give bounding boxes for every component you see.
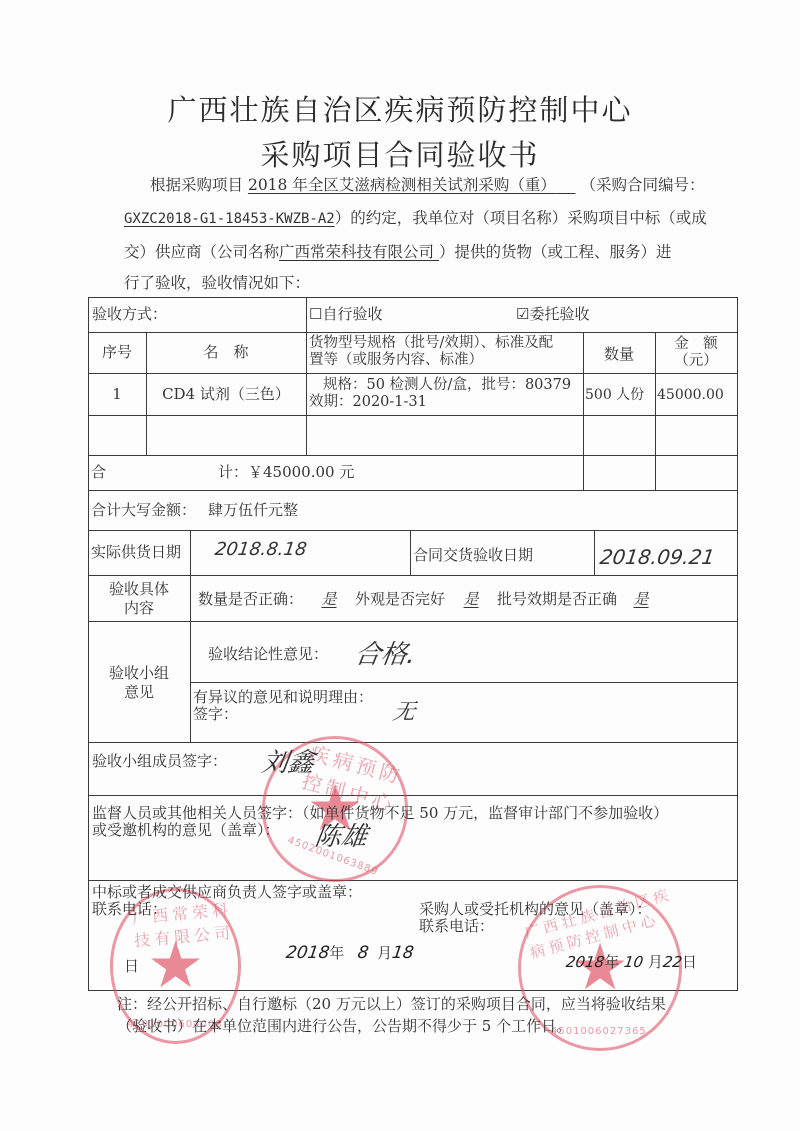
month-char: 月: [648, 953, 663, 971]
appearance-check-label: 外观是否完好: [355, 590, 445, 608]
month-char: 月: [377, 944, 392, 962]
purchaser-date: 2018年 10 月22日: [566, 953, 697, 972]
header-amount-line: （元）: [655, 353, 737, 370]
sign-label: 签字：: [193, 706, 373, 723]
purchaser-date-day: 22: [662, 953, 684, 972]
year-char: 年: [329, 944, 344, 962]
project-name: 2018 年全区艾滋病检测相关试剂采购（重）: [248, 176, 556, 194]
intro-line-3: 交）供应商（公司名称广西常荣科技有限公司 ）提供的货物（或工程、服务）进: [124, 241, 671, 263]
batch-check-label: 批号效期是否正确: [497, 590, 617, 608]
objection-value: 无: [391, 700, 417, 726]
header-spec: 货物型号规格（批号/效期）、标准及配 置等（或服务内容、标准）: [309, 335, 553, 369]
total-label: 合: [91, 463, 106, 482]
footnote-line-1: 注：经公开招标、自行邀标（20 万元以上）签订的采购项目合同，应当将验收结果: [117, 993, 666, 1015]
quantity-check-value: 是: [303, 590, 355, 609]
row-name: CD4 试剂（三色）: [146, 385, 306, 404]
row-seq: 1: [88, 385, 146, 404]
footnote-line-2: （验收书）在本单位范围内进行公告，公告期不得少于 5 个工作日。: [117, 1015, 571, 1037]
contract-number: GXZC2018-G1-18453-KWZB-A2: [124, 211, 335, 227]
acceptance-method-label: 验收方式：: [92, 305, 167, 324]
quantity-check: 数量是否正确：是外观是否完好是批号效期是否正确是: [198, 590, 665, 609]
purchaser-phone-label: 联系电话：: [419, 918, 652, 935]
supervisor-signature: 陈雄: [313, 822, 369, 852]
intro-text: （采购合同编号：: [580, 176, 704, 194]
intro-line-2: GXZC2018-G1-18453-KWZB-A2）的约定，我单位对（项目名称）…: [124, 207, 707, 230]
row-amount: 45000.00: [657, 386, 724, 405]
header-spec-line: 置等（或服务内容、标准）: [309, 352, 553, 369]
batch-check-value: 是: [617, 590, 665, 609]
row-qty: 500 人份: [585, 386, 644, 405]
intro-text: 交）供应商（公司名称: [124, 243, 279, 261]
purchaser-sign-label: 采购人或受托机构的意见（盖章）： 联系电话：: [419, 901, 652, 935]
appearance-check-value: 是: [445, 590, 497, 609]
checkbox-checked-icon[interactable]: ☑: [516, 305, 529, 323]
header-qty: 数量: [583, 345, 655, 364]
content-label: 验收具体 内容: [88, 580, 190, 618]
header-spec-line: 货物型号规格（批号/效期）、标准及配: [309, 335, 553, 352]
group-opinion-label-line: 验收小组: [88, 664, 190, 683]
content-label-line: 内容: [88, 599, 190, 618]
supplier-date-day: 18: [391, 944, 415, 963]
supplier-sign-label-line: 中标或者成交供应商负责人签字或盖章：: [92, 884, 362, 901]
uppercase-total-label: 合计大写金额：: [91, 501, 196, 520]
total-value: 计：￥45000.00 元: [218, 463, 354, 482]
header-name: 名 称: [146, 343, 306, 362]
actual-delivery-date-label: 实际供货日期: [91, 543, 181, 562]
intro-text: ）提供的货物（或工程、服务）进: [439, 243, 672, 261]
stamp-star-icon: ★: [147, 934, 204, 998]
header-amount: 金 额 （元）: [655, 336, 737, 370]
supplier-phone-label: 联系电话：: [92, 901, 362, 918]
supplier-date-year: 2018: [285, 944, 331, 963]
option-entrusted-acceptance[interactable]: ☑委托验收: [516, 305, 589, 324]
supervisor-label-line: 监督人员或其他相关人员签字：（如单件货物不足 50 万元，监督审计部门不参加验收…: [92, 805, 668, 822]
members-signature: 刘鑫: [260, 748, 316, 778]
supervisor-label: 监督人员或其他相关人员签字：（如单件货物不足 50 万元，监督审计部门不参加验收…: [92, 805, 668, 839]
intro-text: ）的约定，我单位对（项目名称）采购项目中标（或成: [335, 209, 707, 227]
purchaser-date-month: 10: [623, 953, 645, 972]
checkbox-unchecked-icon[interactable]: ☐: [309, 305, 322, 323]
group-opinion-label-line: 意见: [88, 683, 190, 702]
quantity-check-label: 数量是否正确：: [198, 590, 303, 608]
purchaser-sign-label-line: 采购人或受托机构的意见（盖章）：: [419, 901, 652, 918]
row-spec-line: 效期：2020-1-31: [309, 394, 571, 411]
option-label: 委托验收: [529, 305, 589, 323]
group-opinion-label: 验收小组 意见: [88, 664, 190, 702]
document-title: 采购项目合同验收书: [0, 133, 800, 174]
conclusion-label: 验收结论性意见：: [208, 645, 328, 664]
purchaser-date-year: 2018: [565, 953, 606, 972]
year-char: 年: [604, 953, 619, 971]
intro-line-4: 行了验收，验收情况如下：: [124, 272, 310, 294]
intro-line-1: 根据采购项目 2018 年全区艾滋病检测相关试剂采购（重） （采购合同编号：: [150, 174, 705, 196]
header-seq: 序号: [88, 343, 146, 362]
supplier-name: 广西常荣科技有限公司: [279, 243, 434, 261]
content-label-line: 验收具体: [88, 580, 190, 599]
day-label: 日: [124, 957, 139, 976]
conclusion-value: 合格.: [353, 640, 417, 670]
row-spec: 规格：50 检测人份/盒，批号：80379 效期：2020-1-31: [309, 377, 571, 411]
actual-delivery-date-value: 2018.8.18: [214, 540, 308, 559]
row-spec-line: 规格：50 检测人份/盒，批号：80379: [309, 377, 571, 394]
option-label: 自行验收: [322, 305, 382, 323]
supervisor-label-line: 或受邀机构的意见（盖章）：: [92, 822, 668, 839]
org-title: 广西壮族自治区疾病预防控制中心: [0, 88, 800, 129]
supplier-date: 2018年 8月18: [286, 944, 414, 963]
option-self-acceptance[interactable]: ☐自行验收: [309, 305, 382, 324]
objection-label: 有异议的意见和说明理由： 签字：: [193, 689, 373, 723]
supplier-date-month: 8: [348, 944, 379, 963]
intro-text: 根据采购项目: [150, 176, 243, 194]
contract-acceptance-date-label: 合同交货验收日期: [413, 546, 533, 565]
objection-label-line: 有异议的意见和说明理由：: [193, 689, 373, 706]
uppercase-total-value: 肆万伍仟元整: [208, 501, 298, 520]
header-amount-line: 金 额: [655, 336, 737, 353]
members-signature-label: 验收小组成员签字：: [92, 752, 227, 771]
contract-acceptance-date-value: 2018.09.21: [599, 548, 716, 567]
supplier-sign-label: 中标或者成交供应商负责人签字或盖章： 联系电话：: [92, 884, 362, 918]
day-char: 日: [682, 953, 697, 971]
